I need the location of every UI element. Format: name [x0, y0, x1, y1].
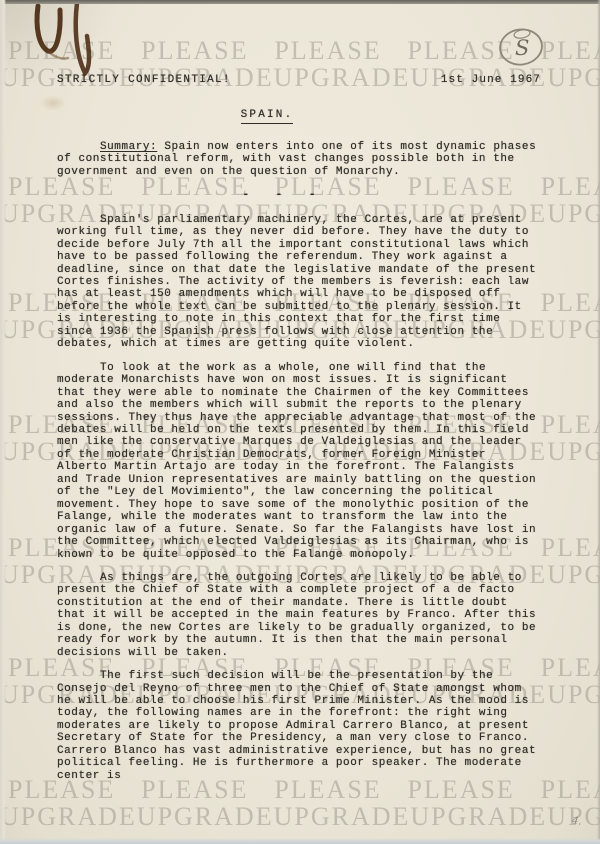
watermark-word: UPGRADE: [547, 680, 600, 710]
watermark-word: UPGRADE: [410, 802, 547, 832]
scanned-document-page: PLEASEPLEASEPLEASEPLEASEPLEASEUPGRADEUPG…: [0, 0, 600, 844]
watermark-word: PLEASE: [541, 410, 600, 440]
watermark-word: UPGRADE: [137, 802, 274, 832]
section-separator: - - -: [27, 189, 541, 201]
watermark-word: PLEASE: [274, 36, 381, 66]
handwritten-page-number: 4.: [572, 815, 583, 827]
watermark-word: UPGRADE: [274, 802, 411, 832]
watermark-word: UPGRADE: [0, 802, 137, 832]
circled-annotation-letter: S: [515, 36, 529, 60]
watermark-word: PLEASE: [141, 36, 248, 66]
ink-mark: [24, 0, 109, 90]
watermark-word: PLEASE: [541, 775, 600, 805]
body-paragraph-4: The first such decision will be the pres…: [57, 670, 541, 782]
body-paragraph-1: Spain's parliamentary machinery, the Cor…: [57, 214, 541, 351]
summary-label: Summary:: [100, 141, 157, 153]
watermark-word: UPGRADE: [547, 199, 600, 229]
document-header: STRICTLY CONFIDENTIAL! 1st June 1967: [57, 74, 541, 86]
circled-annotation: S: [492, 22, 550, 74]
watermark-word: UPGRADE: [547, 437, 600, 467]
watermark-word: PLEASE: [541, 172, 600, 202]
document-title-wrap: SPAIN.: [25, 109, 509, 123]
watermark-word: UPGRADE: [547, 63, 600, 93]
scan-edge-bottom: [0, 838, 600, 844]
watermark-word: PLEASE: [541, 533, 600, 563]
watermark-word: UPGRADE: [547, 315, 600, 345]
document-date: 1st June 1967: [441, 74, 541, 86]
body-paragraph-2: To look at the work as a whole, one will…: [57, 362, 541, 561]
typed-content: STRICTLY CONFIDENTIAL! 1st June 1967 SPA…: [57, 74, 541, 793]
watermark-word: PLEASE: [541, 653, 600, 683]
document-title: SPAIN.: [241, 109, 294, 123]
body-paragraph-3: As things are, the outgoing Cortes are l…: [57, 572, 541, 659]
watermark-word: PLEASE: [541, 288, 600, 318]
watermark-word: UPGRADE: [547, 560, 600, 590]
scan-edge-left: [0, 0, 6, 844]
watermark-row: UPGRADEUPGRADEUPGRADEUPGRADEUPGRADE: [0, 802, 600, 832]
summary-paragraph: Summary: Spain now enters into one of it…: [57, 141, 541, 178]
